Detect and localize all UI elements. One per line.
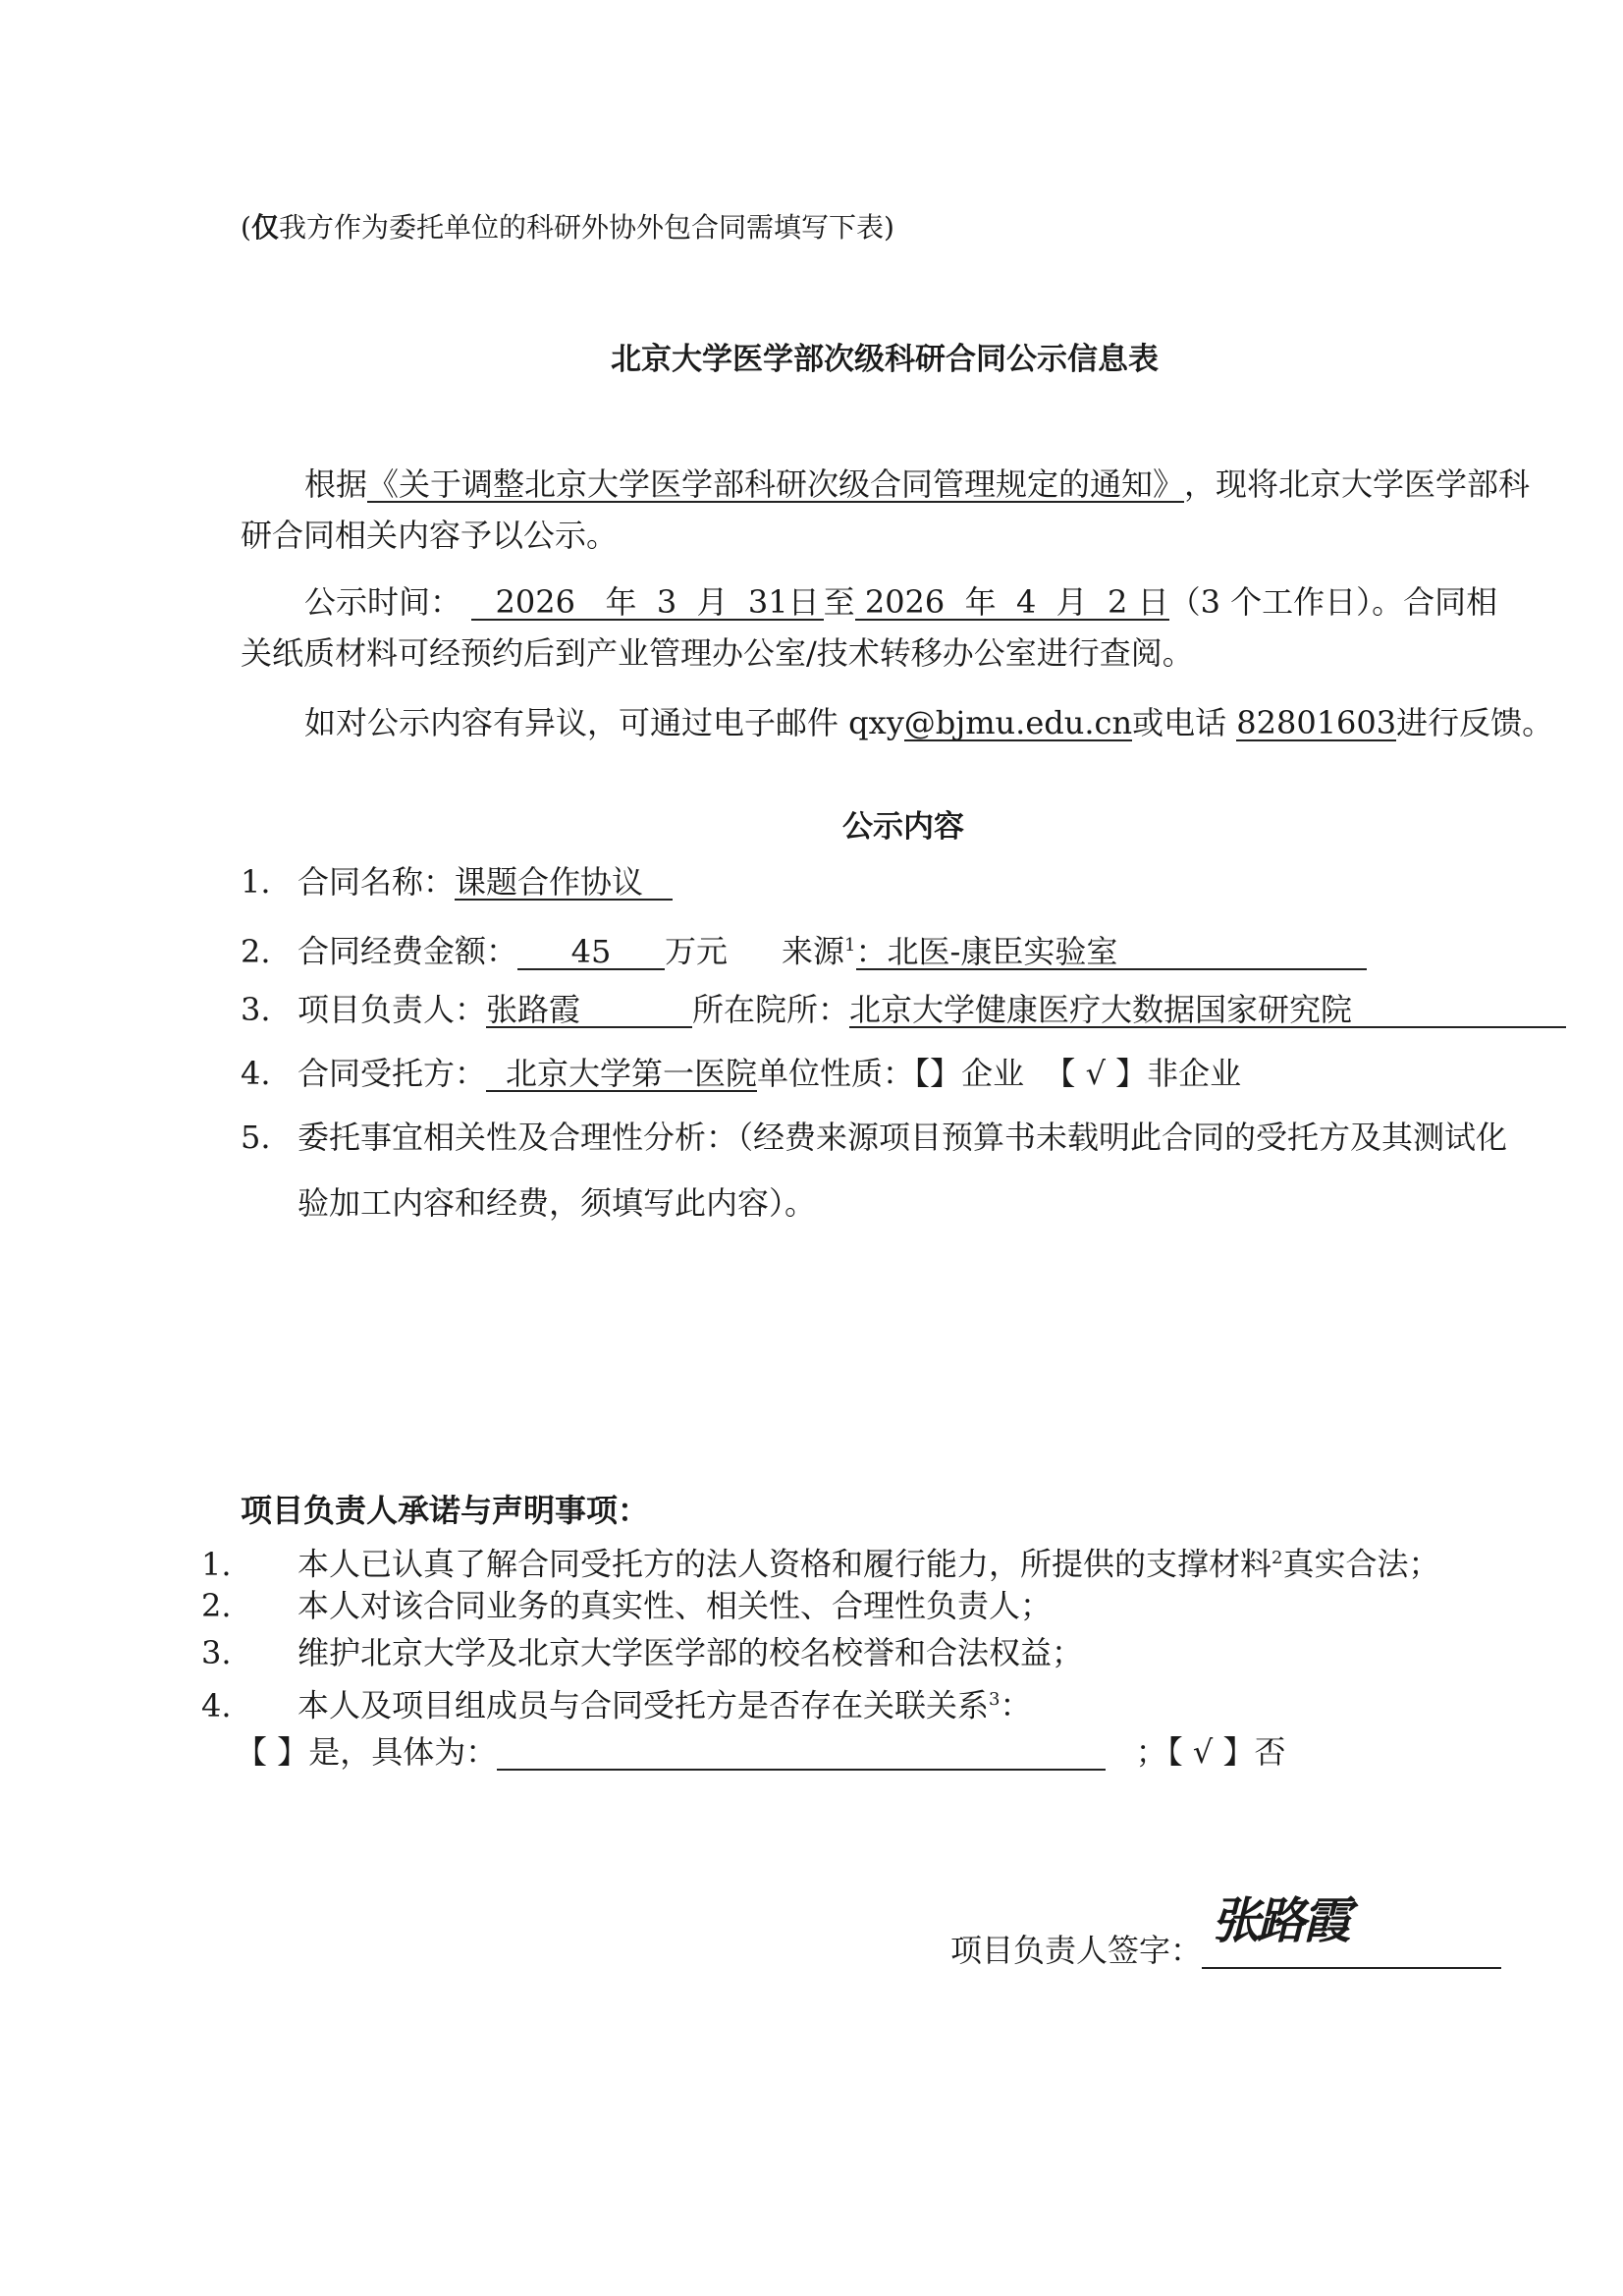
pledge-item-4: 4.本人及项目组成员与合同受托方是否存在关联关系3： — [201, 1680, 1031, 1725]
non-enterprise-checkbox[interactable]: 【 √ 】 — [1044, 1055, 1147, 1092]
unit: 万元 — [665, 933, 728, 970]
item-num: 4. — [201, 1686, 298, 1725]
email-link[interactable]: @bjmu.edu.cn — [904, 706, 1132, 741]
item-label: 合同受托方： — [298, 1055, 486, 1092]
item-contract-name: 1.合同名称：课题合作协议 — [241, 862, 673, 902]
no-label: 否 — [1254, 1733, 1285, 1771]
item-amount: 2.合同经费金额：45万元来源1：北医-康臣实验室 — [241, 926, 1367, 971]
pledge-item-1: 1.本人已认真了解合同受托方的法人资格和履行能力，所提供的支撑材料2真实合法； — [201, 1539, 1439, 1584]
enterprise-label: 企业 — [961, 1055, 1024, 1092]
trustee-value: 北京大学第一医院 — [486, 1057, 757, 1092]
analysis-text: 委托事宜相关性及合理性分析：（经费来源项目预算书未载明此合同的受托方及其测试化 — [298, 1119, 1507, 1156]
item-num: 2. — [241, 932, 298, 971]
intro-line-2: 研合同相关内容予以公示。 — [241, 516, 618, 555]
section-title: 公示内容 — [842, 801, 964, 846]
end-day: 2 — [1108, 583, 1127, 621]
relation-choice: 【 】是，具体为： ；【 √ 】否 — [236, 1732, 1286, 1772]
pledge-item-3: 3.维护北京大学及北京大学医学部的校名校誉和合法权益； — [201, 1633, 1083, 1672]
period-end-field: 2026 年 4 月 2 日 — [855, 585, 1169, 621]
unit: 日 — [1138, 583, 1169, 621]
note-text: 我方作为委托单位的科研外协外包合同需填写下表) — [279, 211, 894, 244]
pledge-item-2: 2.本人对该合同业务的真实性、相关性、合理性负责人； — [201, 1586, 1052, 1625]
item-num: 2. — [201, 1586, 298, 1625]
phone-number: 82801603 — [1236, 706, 1396, 741]
notice-link[interactable]: 《关于调整北京大学医学部科研次级合同管理规定的通知》 — [367, 467, 1184, 503]
start-month: 3 — [657, 583, 676, 621]
text: 如对公示内容有异议，可通过电子邮件 qxy — [304, 704, 904, 741]
unit: 月 — [697, 583, 729, 621]
separator: ； — [1136, 1733, 1167, 1771]
nature-label: 单位性质： — [757, 1055, 914, 1092]
item-pi: 3.项目负责人：张路霞所在院所：北京大学健康医疗大数据国家研究院 — [241, 990, 1566, 1029]
signature-label: 项目负责人签字： — [950, 1932, 1202, 1969]
start-year: 2026 — [496, 583, 575, 621]
colon: ： — [856, 933, 888, 970]
yes-label: 是，具体为： — [308, 1733, 497, 1771]
pledge-text: 真实合法； — [1282, 1546, 1439, 1583]
footnote-ref: 2 — [1271, 1548, 1282, 1568]
unit: 月 — [1056, 583, 1088, 621]
inst-label: 所在院所： — [692, 991, 849, 1028]
end-month: 4 — [1016, 583, 1036, 621]
text: 根据 — [304, 465, 367, 503]
item-num: 1. — [241, 862, 298, 902]
intro-line-1: 根据《关于调整北京大学医学部科研次级合同管理规定的通知》，现将北京大学医学部科 — [304, 465, 1530, 504]
relation-no-checkbox[interactable]: 【 √ 】 — [1167, 1733, 1255, 1771]
item-analysis: 5.委托事宜相关性及合理性分析：（经费来源项目预算书未载明此合同的受托方及其测试… — [241, 1118, 1507, 1157]
relation-yes-checkbox[interactable]: 【 】 — [236, 1733, 308, 1771]
item-trustee: 4.合同受托方：北京大学第一医院单位性质：【】企业 【 √ 】非企业 — [241, 1054, 1241, 1093]
item-num: 5. — [241, 1118, 298, 1157]
source-field: ：北医-康臣实验室 — [856, 935, 1367, 970]
text: ，现将北京大学医学部科 — [1184, 465, 1530, 503]
unit: 日 — [788, 583, 820, 621]
period-line-2: 关纸质材料可经预约后到产业管理办公室/技术转移办公室进行查阅。 — [241, 633, 1194, 673]
note-line: (仅我方作为委托单位的科研外协外包合同需填写下表) — [241, 206, 894, 246]
non-enterprise-label: 非企业 — [1147, 1055, 1241, 1092]
pledge-text: 本人及项目组成员与合同受托方是否存在关联关系 — [298, 1687, 989, 1724]
item-label: 合同名称： — [298, 863, 455, 901]
page-title: 北京大学医学部次级科研合同公示信息表 — [611, 334, 1159, 378]
item-label: 合同经费金额： — [298, 933, 517, 970]
footnote-ref: 3 — [989, 1689, 1000, 1710]
period-label: 公示时间： — [304, 583, 461, 621]
item-num: 3. — [241, 990, 298, 1029]
relation-detail-field[interactable] — [497, 1735, 1106, 1771]
pi-name-value: 张路霞 — [486, 993, 692, 1028]
item-label: 项目负责人： — [298, 991, 486, 1028]
period-line: 公示时间： 2026 年 3 月 31日 至 2026 年 4 月 2 日 （3… — [304, 582, 1497, 622]
item-num: 3. — [201, 1633, 298, 1672]
institute-value: 北京大学健康医疗大数据国家研究院 — [849, 993, 1566, 1028]
pledge-text: 本人对该合同业务的真实性、相关性、合理性负责人； — [298, 1587, 1052, 1624]
contract-name-value: 课题合作协议 — [455, 865, 673, 901]
enterprise-checkbox[interactable]: 【】 — [914, 1055, 961, 1092]
signature-field[interactable]: 张路霞 — [1202, 1934, 1501, 1969]
handwritten-signature: 张路霞 — [1212, 1904, 1347, 1938]
pledge-text: 维护北京大学及北京大学医学部的校名校誉和合法权益； — [298, 1634, 1083, 1671]
unit: 年 — [965, 583, 997, 621]
amount-value: 45 — [517, 935, 665, 970]
footnote-ref: 1 — [844, 935, 855, 956]
feedback-line: 如对公示内容有异议，可通过电子邮件 qxy@bjmu.edu.cn或电话 828… — [304, 703, 1553, 742]
period-start-field: 2026 年 3 月 31日 — [471, 585, 823, 621]
to: 至 — [824, 583, 855, 621]
end-year: 2026 — [865, 583, 945, 621]
item-num: 4. — [241, 1054, 298, 1093]
text: （3 个工作日）。合同相 — [1169, 583, 1498, 621]
unit: 年 — [605, 583, 636, 621]
paren: ( — [241, 211, 251, 244]
source-label: 来源 — [782, 933, 844, 970]
start-day: 31 — [748, 583, 788, 621]
pledge-title: 项目负责人承诺与声明事项： — [241, 1491, 649, 1530]
item-num: 1. — [201, 1545, 298, 1584]
source-value: 北医-康臣实验室 — [888, 933, 1118, 970]
item-analysis-line-2: 验加工内容和经费，须填写此内容）。 — [298, 1183, 816, 1223]
signature-line: 项目负责人签字：张路霞 — [950, 1931, 1501, 1970]
pledge-text: ： — [1000, 1687, 1031, 1724]
text: 进行反馈。 — [1396, 704, 1553, 741]
note-bold-char: 仅 — [251, 211, 279, 244]
text: 或电话 — [1132, 704, 1226, 741]
pledge-text: 本人已认真了解合同受托方的法人资格和履行能力，所提供的支撑材料 — [298, 1546, 1271, 1583]
